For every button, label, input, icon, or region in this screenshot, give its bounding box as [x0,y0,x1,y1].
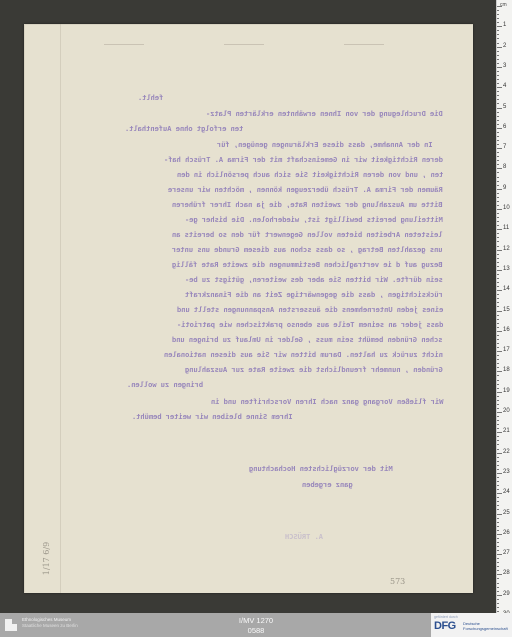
ruler-tick [497,343,499,344]
ruler-tick [497,497,499,498]
ruler-tick [497,18,499,19]
ruler-tick [497,595,502,596]
ruler-tick [497,355,499,356]
ruler-tick [497,112,499,113]
text-line: ten , und von deren Richtigkeit Sie sich… [177,170,443,179]
ruler-tick [497,38,499,39]
text-line: dass jeder an seinem Teile aus ebenso pr… [177,320,443,329]
ruler-tick [497,319,499,320]
ruler-tick [497,128,502,129]
ruler-tick [497,396,499,397]
ruler-tick [497,124,499,125]
ruler-tick [497,436,499,437]
ruler-number: 27 [503,550,510,556]
ruler-tick [497,481,499,482]
text-line: uns gezahlten Betrag , so dass schon aus… [172,245,443,254]
ruler-tick [497,489,499,490]
ruler-number: 13 [503,266,510,272]
ruler-number: 24 [503,489,510,495]
text-line: ten erfolgt ohne Aufenthalt. [125,124,243,133]
ruler-tick [497,67,502,68]
ruler-tick [497,384,499,385]
text-line: eines jeden Unternehmens die äussersten … [177,305,443,314]
ruler-number: 25 [503,510,510,516]
ruler-tick [497,148,502,149]
ruler-tick [497,266,499,267]
ruler-tick [497,591,499,592]
ruler-tick [497,43,499,44]
ruler-tick [497,542,499,543]
ruler-tick [497,331,502,332]
ruler-tick [497,408,499,409]
ruler-tick [497,562,499,563]
ruler-tick [497,136,499,137]
ruler-tick [497,185,499,186]
ruler-number: 6 [503,124,506,130]
text-line: fehlt. [138,93,163,102]
ruler-tick [497,327,499,328]
ruler-tick [497,34,499,35]
funder-name: Deutsche Forschungsgemeinschaft [463,621,508,631]
ruler-tick [497,518,499,519]
ruler-number: 9 [503,185,506,191]
handwritten-annotation: 573 [390,577,405,586]
ruler-tick [497,250,502,251]
ruler-number: 1 [503,22,506,28]
ruler-tick [497,339,499,340]
text-line: ganz ergeben [302,480,353,489]
ruler-number: 14 [503,286,510,292]
ruler-tick [497,505,499,506]
text-line: Die Druchlegung der von Ihnen erwähnten … [206,109,443,118]
ruler-number: 21 [503,428,510,434]
dfg-logo-icon: DFG [434,620,456,632]
ruler-number: 3 [503,63,506,69]
text-line: nicht zurück zu halten. Darum bitten wir… [164,350,443,359]
text-line: Bitte um Auszahlung der zweiten Rate, di… [172,200,443,209]
ruler-tick [497,132,499,133]
ruler-tick [497,213,499,214]
ruler-tick [497,367,499,368]
ruler-tick [497,465,499,466]
ruler-tick [497,294,499,295]
ruler-tick [497,522,499,523]
ruler-tick [497,315,499,316]
ruler-number: 15 [503,307,510,313]
ruler-tick [497,282,499,283]
ruler-tick [497,380,499,381]
ruler-tick [497,258,499,259]
ruler-tick [497,26,502,27]
ruler-tick [497,108,502,109]
text-line: sein dürfte. Wir bitten Sie aber des wei… [185,275,443,284]
ruler-tick [497,197,499,198]
ruler-tick [497,181,499,182]
ruler-tick [497,477,499,478]
ruler-tick [497,177,499,178]
ruler-tick [497,205,499,206]
ruler-tick [497,514,502,515]
ruler-number: 5 [503,104,506,110]
ruler-tick [497,420,499,421]
ruler-number: 19 [503,388,510,394]
ruler-number: 20 [503,408,510,414]
ruler-tick [497,302,499,303]
ruler-number: 2 [503,43,506,49]
ruler-tick [497,371,502,372]
ruler-number: 26 [503,530,510,536]
ruler-tick [497,59,499,60]
ruler-number: 10 [503,205,510,211]
ruler-tick [497,298,499,299]
typewritten-text: fehlt.Die Druchlegung der von Ihnen erwä… [24,24,473,593]
funder-name-line-2: Forschungsgemeinschaft [463,626,508,631]
ruler-tick [497,363,499,364]
ruler-tick [497,509,499,510]
ruler-tick [497,603,499,604]
ruler-tick [497,583,499,584]
ruler-tick [497,246,499,247]
ruler-tick [497,241,499,242]
ruler-tick [497,63,499,64]
ruler-tick [497,347,499,348]
ruler-tick [497,262,499,263]
ruler-tick [497,189,502,190]
ruler-tick [497,10,499,11]
ruler-number: 11 [503,225,509,231]
ruler-number: 23 [503,469,510,475]
ruler-tick [497,351,502,352]
ruler-tick [497,209,502,210]
ruler-tick [497,335,499,336]
ruler-tick [497,501,499,502]
ruler-tick [497,152,499,153]
measurement-ruler: cm 1234567891011121314151617181920212223… [496,0,512,615]
ruler-tick [497,554,502,555]
text-line: Bezug auf d ie vertraglichen Bestimmunge… [172,260,443,269]
ruler-unit: cm [500,2,507,8]
ruler-tick [497,87,502,88]
ruler-tick [497,359,499,360]
ruler-tick [497,91,499,92]
ruler-tick [497,30,499,31]
ruler-number: 28 [503,570,510,576]
ruler-tick [497,306,499,307]
ruler-tick [497,607,499,608]
ruler-tick [497,400,499,401]
ruler-tick [497,83,499,84]
ruler-tick [497,599,499,600]
ruler-tick [497,237,499,238]
ruler-tick [497,453,502,454]
ruler-tick [497,530,499,531]
ruler-number: 22 [503,449,510,455]
ruler-tick [497,6,502,7]
ruler-tick [497,546,499,547]
ruler-number: 12 [503,246,510,252]
text-line: Mitteilung bereits bewilligt ist, wieder… [185,215,443,224]
ruler-tick [497,201,499,202]
faint-stamp-text: A. TRÜSCH [285,532,323,541]
ruler-tick [497,286,499,287]
ruler-tick [497,79,499,80]
ruler-tick [497,144,499,145]
ruler-tick [497,570,499,571]
ruler-tick [497,416,499,417]
ruler-tick [497,375,499,376]
ruler-tick [497,270,502,271]
ruler-tick [497,432,502,433]
scan-background: fehlt.Die Druchlegung der von Ihnen erwä… [0,0,497,613]
ruler-tick [497,566,499,567]
ruler-tick [497,47,502,48]
ruler-tick [497,449,499,450]
ruler-tick [497,116,499,117]
ruler-tick [497,444,499,445]
ruler-tick [497,587,499,588]
ruler-tick [497,392,502,393]
ruler-tick [497,75,499,76]
ruler-tick [497,538,499,539]
ruler-tick [497,217,499,218]
ruler-tick [497,461,499,462]
ruler-tick [497,95,499,96]
text-line: In der Annahme, dass diese Erklärungen g… [217,140,433,149]
ruler-tick [497,14,499,15]
ruler-tick [497,473,502,474]
ruler-tick [497,51,499,52]
ruler-tick [497,254,499,255]
ruler-tick [497,558,499,559]
ruler-tick [497,440,499,441]
text-line: rücksichtigen , dass die gegenwärtige Ze… [185,290,443,299]
handwritten-annotation: 1/17 6/9 [42,542,51,575]
document-page: fehlt.Die Druchlegung der von Ihnen erwä… [24,24,473,593]
ruler-tick [497,457,499,458]
text-line: Wir fließen Vorgang ganz nach Ihren Vors… [211,397,444,406]
text-line: bringen zu wollen. [127,380,203,389]
ruler-tick [497,22,499,23]
funder-label: gefördert durch [434,615,458,619]
ruler-number: 4 [503,83,506,89]
ruler-number: 16 [503,327,510,333]
ruler-tick [497,578,499,579]
ruler-tick [497,140,499,141]
ruler-tick [497,428,499,429]
dfg-badge: gefördert durch DFG Deutsche Forschungsg… [431,613,512,637]
ruler-tick [497,164,499,165]
ruler-tick [497,493,502,494]
archive-footer: Ethnologisches Museum Staatliche Museen … [0,613,512,637]
ruler-tick [497,103,499,104]
ruler-tick [497,229,502,230]
ruler-tick [497,172,499,173]
ruler-tick [497,71,499,72]
ruler-tick [497,550,499,551]
ruler-number: 7 [503,144,506,150]
ruler-tick [497,225,499,226]
ruler-tick [497,388,499,389]
ruler-tick [497,156,499,157]
ruler-tick [497,611,499,612]
ruler-tick [497,526,499,527]
text-line: Räumen der Firma A. Trüsch überzeugen kö… [168,185,443,194]
ruler-tick [497,160,499,161]
ruler-tick [497,404,499,405]
ruler-tick [497,485,499,486]
ruler-tick [497,168,502,169]
ruler-tick [497,278,499,279]
text-line: deren Richtigkeit wir in Gemeinschaft mi… [164,155,443,164]
ruler-tick [497,193,499,194]
text-line: Mit der vorzüglichsten Hochachtung [249,464,393,473]
ruler-number: 29 [503,591,510,597]
ruler-tick [497,99,499,100]
ruler-tick [497,311,502,312]
ruler-tick [497,233,499,234]
text-line: Ihrem Sinne bleiben wir weiter bemüht. [132,412,293,421]
ruler-number: 18 [503,367,510,373]
ruler-tick [497,221,499,222]
text-line: leisteten Arbeiten bieten vollen Gegenwe… [172,230,443,239]
text-line: Gründen , nunmehr freundlichst die zweit… [185,365,443,374]
ruler-tick [497,120,499,121]
ruler-tick [497,574,502,575]
ruler-tick [497,469,499,470]
ruler-tick [497,55,499,56]
ruler-tick [497,323,499,324]
ruler-tick [497,534,502,535]
text-line: schen Gründen bemüht sein muss , Gelder … [172,335,443,344]
ruler-tick [497,412,502,413]
ruler-tick [497,274,499,275]
ruler-number: 17 [503,347,510,353]
ruler-tick [497,424,499,425]
ruler-number: 8 [503,164,506,170]
ruler-tick [497,290,502,291]
